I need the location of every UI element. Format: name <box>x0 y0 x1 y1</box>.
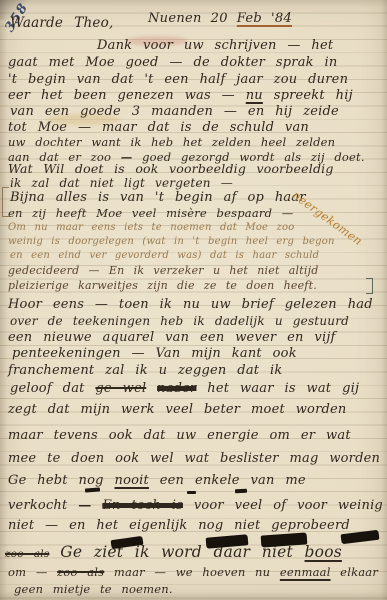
text-segment: gedecideerd — En ik verzeker u het niet … <box>8 264 318 277</box>
text-segment: van een goede 3 maanden — en hij zeide <box>10 104 339 119</box>
text-segment: voor veel of voor weinig <box>183 498 383 513</box>
crossed-out-text: zoo als <box>5 548 49 560</box>
handwritten-line: franchement zal ik u zeggen dat ik <box>8 364 282 378</box>
text-segment: niet — en het eigenlijk nog niet geprobe… <box>8 518 350 533</box>
crossed-out-text: ge wel <box>95 381 146 396</box>
handwritten-line: zoo als Ge ziet ik word daar niet boos <box>5 544 342 561</box>
text-segment: Waarde Theo, <box>10 15 113 31</box>
text-segment: 't begin van dat 't een half jaar zou du… <box>8 72 348 87</box>
text-segment: nu <box>246 88 263 103</box>
handwritten-line: geen mietje te noemen. <box>14 583 173 596</box>
handwritten-line: een nieuwe aquarel van een wever en vijf <box>8 331 336 345</box>
handwritten-line: zegt dat mijn werk veel beter moet worde… <box>8 403 346 417</box>
text-segment: tot Moe — maar dat is de schuld van <box>8 120 309 135</box>
text-segment: elkaar <box>331 565 378 579</box>
emphasis-dash <box>85 487 100 492</box>
handwritten-line: over de teekeningen heb ik dadelijk u ge… <box>10 315 349 328</box>
handwritten-line: Bijna alles is van 't begin af op haar <box>10 191 306 205</box>
date-line: Nuenen 20 Feb '84 <box>148 11 292 26</box>
margin-bracket-left <box>2 187 9 217</box>
handwritten-line: Om nu maar eens iets te noemen dat Moe z… <box>8 222 294 233</box>
handwritten-line: mee te doen ook wel wat beslister mag wo… <box>8 452 380 466</box>
text-segment: Bijna alles is van 't begin af op haar <box>10 190 306 205</box>
handwritten-line: penteekeningen — Van mijn kant ook <box>12 347 297 361</box>
text-segment: over de teekeningen heb ik dadelijk u ge… <box>10 314 349 328</box>
crossed-out-text: zoo als <box>57 565 104 579</box>
text-segment: spreekt hij <box>263 88 353 103</box>
text-segment: het waar is wat gij <box>196 381 359 396</box>
text-segment: Hoor eens — toen ik nu uw brief gelezen … <box>8 297 373 312</box>
text-segment: eenmaal <box>280 565 331 579</box>
text-segment: gaat met Moe goed — de dokter sprak in <box>8 55 337 70</box>
handwritten-line: gedecideerd — En ik verzeker u het niet … <box>8 265 318 277</box>
handwritten-line: tot Moe — maar dat is de schuld van <box>8 121 309 135</box>
handwritten-line: maar tevens ook dat uw energie om er wat <box>8 429 351 443</box>
text-segment: geloof dat <box>10 381 95 396</box>
text-segment: verkocht <box>8 498 78 513</box>
text-segment: een nieuwe aquarel van een wever en vijf <box>8 330 336 345</box>
text-segment: maar tevens ook dat uw energie om er wat <box>8 428 351 443</box>
emphasis-dash <box>187 491 196 494</box>
text-segment: mee te doen ook wel wat beslister mag wo… <box>8 451 380 466</box>
text-segment: penteekeningen — Van mijn kant ook <box>12 346 297 361</box>
text-segment: franchement zal ik u zeggen dat ik <box>8 363 282 378</box>
text-segment: en een eind ver gevorderd was) dat is ha… <box>10 250 319 261</box>
handwritten-line: verkocht — En toch is voor veel of voor … <box>8 499 383 513</box>
date-underlined: Feb '84 <box>237 11 292 26</box>
text-segment: zegt dat mijn werk veel beter moet worde… <box>8 402 346 417</box>
text-segment: en zij heeft Moe veel misère bespaard — <box>8 206 293 220</box>
handwritten-line: en zij heeft Moe veel misère bespaard — <box>8 207 293 220</box>
date-place: Nuenen 20 <box>148 11 237 26</box>
text-segment <box>91 498 102 513</box>
handwritten-line: niet — en het eigenlijk nog niet geprobe… <box>8 519 350 533</box>
handwritten-line: uw dochter want ik heb het zelden heel z… <box>8 136 335 149</box>
text-segment: boos <box>305 543 342 561</box>
text-segment: Om nu maar eens iets te noemen dat Moe z… <box>8 222 294 233</box>
crossed-out-text: En toch is <box>102 498 183 513</box>
handwritten-line: eer het been genezen was — nu spreekt hi… <box>8 89 353 103</box>
handwritten-line: Wat Wil doet is ook voorbeeldig voorbeel… <box>8 162 334 176</box>
text-segment: om — <box>8 565 57 579</box>
handwritten-line: Ge hebt nog nooit een enkele van me <box>8 474 306 488</box>
text-segment: Ge hebt nog <box>8 473 115 488</box>
text-segment: nooit <box>115 473 149 488</box>
handwritten-line: geloof dat ge wel nader het waar is wat … <box>10 382 359 396</box>
handwritten-line: ik zal dat niet ligt vergeten — <box>10 177 233 190</box>
handwritten-line: Hoor eens — toen ik nu uw brief gelezen … <box>8 298 373 312</box>
text-segment: — <box>78 498 91 513</box>
letter-page: 358 Nuenen 20 Feb '84 Waarde Theo,Dank v… <box>0 0 387 600</box>
text-segment: Wat Wil doet is ook voorbeeldig voorbeel… <box>8 161 334 176</box>
handwritten-line: gaat met Moe goed — de dokter sprak in <box>8 56 337 70</box>
text-segment: Dank voor uw schrijven — het <box>97 38 333 53</box>
crossed-out-text: nader <box>157 381 196 396</box>
handwritten-line: Dank voor uw schrijven — het <box>97 39 333 53</box>
text-segment: geen mietje te noemen. <box>14 582 173 596</box>
handwritten-line: van een goede 3 maanden — en hij zeide <box>10 105 339 119</box>
text-segment: een enkele van me <box>149 473 306 488</box>
text-segment: uw dochter want ik heb het zelden heel z… <box>8 135 335 149</box>
handwritten-line: weinig is doorgelegen (wat in 't begin h… <box>8 236 335 247</box>
emphasis-dash <box>235 489 247 494</box>
text-segment <box>49 546 60 561</box>
text-segment: weinig is doorgelegen (wat in 't begin h… <box>8 236 335 247</box>
handwritten-line: 't begin van dat 't een half jaar zou du… <box>8 73 348 87</box>
handwritten-line: om — zoo als maar — we hoeven nu eenmaal… <box>8 566 378 579</box>
margin-bracket-right <box>366 278 373 294</box>
salutation: Waarde Theo, <box>10 16 113 31</box>
text-segment: pleizierige karweitjes zijn die ze te do… <box>8 279 317 292</box>
text-segment: eer het been genezen was — <box>8 88 246 103</box>
handwritten-line: en een eind ver gevorderd was) dat is ha… <box>10 250 319 261</box>
text-segment: maar — we hoeven nu <box>104 565 280 579</box>
text-segment: ik zal dat niet ligt vergeten — <box>10 176 233 190</box>
handwritten-line: pleizierige karweitjes zijn die ze te do… <box>8 280 317 292</box>
text-segment <box>146 381 157 396</box>
